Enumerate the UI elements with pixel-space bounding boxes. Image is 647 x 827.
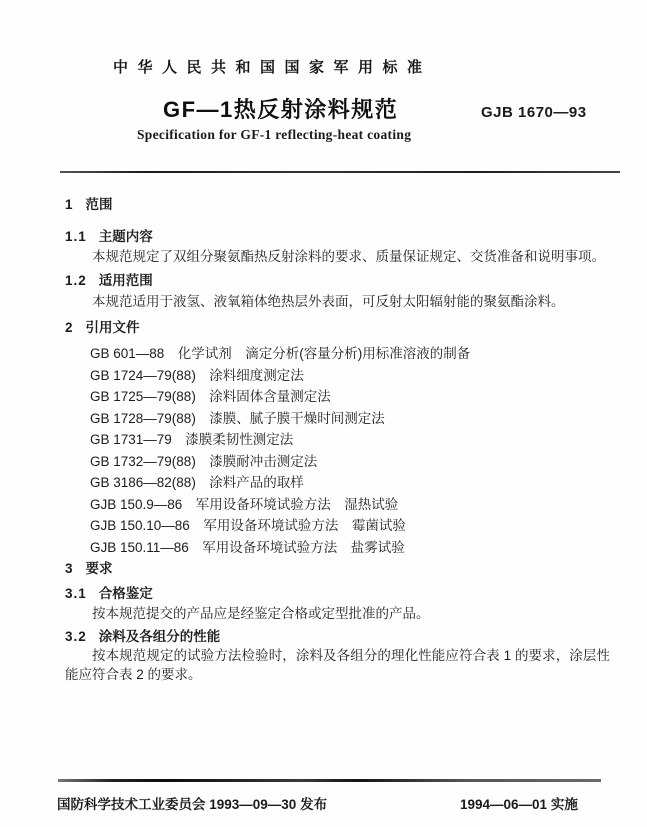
section-1-heading: 1范围 bbox=[65, 195, 610, 214]
document-number: GJB 1670—93 bbox=[481, 104, 587, 121]
reference-item: GB 1725—79(88) 涂料固体含量测定法 bbox=[90, 386, 610, 408]
section-3-number: 3 bbox=[65, 559, 74, 578]
reference-item: GB 1731—79 漆膜柔韧性测定法 bbox=[90, 429, 610, 451]
section-1-title: 范围 bbox=[86, 197, 113, 212]
reference-item: GB 1732—79(88) 漆膜耐冲击测定法 bbox=[90, 451, 610, 473]
section-3-title: 要求 bbox=[86, 561, 113, 576]
section-2-title: 引用文件 bbox=[86, 320, 140, 335]
standard-type-label: 中华人民共和国国家军用标准 bbox=[113, 56, 432, 77]
section-3-2-heading: 3.2涂料及各组分的性能 bbox=[65, 627, 610, 646]
header-divider-line bbox=[60, 171, 620, 173]
section-3-2-paragraph: 按本规范规定的试验方法检验时，涂料及各组分的理化性能应符合表 1 的要求，涂层性… bbox=[65, 646, 610, 684]
section-3-2-number: 3.2 bbox=[65, 627, 87, 646]
reference-item: GJB 150.9—86 军用设备环境试验方法 湿热试验 bbox=[90, 494, 610, 516]
section-1-1-title: 主题内容 bbox=[99, 229, 153, 244]
section-3-1-title: 合格鉴定 bbox=[99, 586, 153, 601]
section-3-heading: 3要求 bbox=[65, 559, 610, 578]
reference-item: GJB 150.11—86 军用设备环境试验方法 盐雾试验 bbox=[90, 537, 610, 559]
reference-item: GJB 150.10—86 军用设备环境试验方法 霉菌试验 bbox=[90, 515, 610, 537]
footer-effective-date: 1994—06—01 实施 bbox=[460, 793, 578, 813]
section-3-2-title: 涂料及各组分的性能 bbox=[99, 629, 221, 644]
document-page: 中华人民共和国国家军用标准 GF—1热反射涂料规范 GJB 1670—93 Sp… bbox=[0, 0, 647, 827]
reference-item: GB 601—88 化学试剂 滴定分析(容量分析)用标准溶液的制备 bbox=[90, 343, 610, 365]
section-1-2-paragraph: 本规范适用于液氢、液氧箱体绝热层外表面，可反射太阳辐射能的聚氨酯涂料。 bbox=[65, 292, 610, 311]
document-title: GF—1热反射涂料规范 bbox=[163, 93, 398, 124]
footer-issued-by: 国防科学技术工业委员会 1993—09—30 发布 bbox=[57, 793, 327, 813]
section-3-1-number: 3.1 bbox=[65, 584, 87, 603]
section-1-2-heading: 1.2适用范围 bbox=[65, 271, 610, 290]
footer-divider-line bbox=[58, 779, 601, 782]
section-1-1-number: 1.1 bbox=[65, 227, 87, 246]
document-subtitle-english: Specification for GF-1 reflecting-heat c… bbox=[137, 127, 411, 143]
reference-item: GB 3186—82(88) 涂料产品的取样 bbox=[90, 472, 610, 494]
document-body: 1范围 1.1主题内容 本规范规定了双组分聚氨酯热反射涂料的要求、质量保证规定、… bbox=[65, 190, 610, 684]
reference-list: GB 601—88 化学试剂 滴定分析(容量分析)用标准溶液的制备 GB 172… bbox=[90, 343, 610, 558]
section-3-1-heading: 3.1合格鉴定 bbox=[65, 584, 610, 603]
section-1-number: 1 bbox=[65, 195, 74, 214]
section-2-number: 2 bbox=[65, 318, 74, 337]
section-1-2-number: 1.2 bbox=[65, 271, 87, 290]
section-2-heading: 2引用文件 bbox=[65, 318, 610, 337]
section-3-1-paragraph: 按本规范提交的产品应是经鉴定合格或定型批准的产品。 bbox=[65, 604, 610, 623]
section-1-2-title: 适用范围 bbox=[99, 273, 153, 288]
section-1-1-paragraph: 本规范规定了双组分聚氨酯热反射涂料的要求、质量保证规定、交货准备和说明事项。 bbox=[65, 247, 610, 266]
reference-item: GB 1724—79(88) 涂料细度测定法 bbox=[90, 365, 610, 387]
section-1-1-heading: 1.1主题内容 bbox=[65, 227, 610, 246]
reference-item: GB 1728—79(88) 漆膜、腻子膜干燥时间测定法 bbox=[90, 408, 610, 430]
